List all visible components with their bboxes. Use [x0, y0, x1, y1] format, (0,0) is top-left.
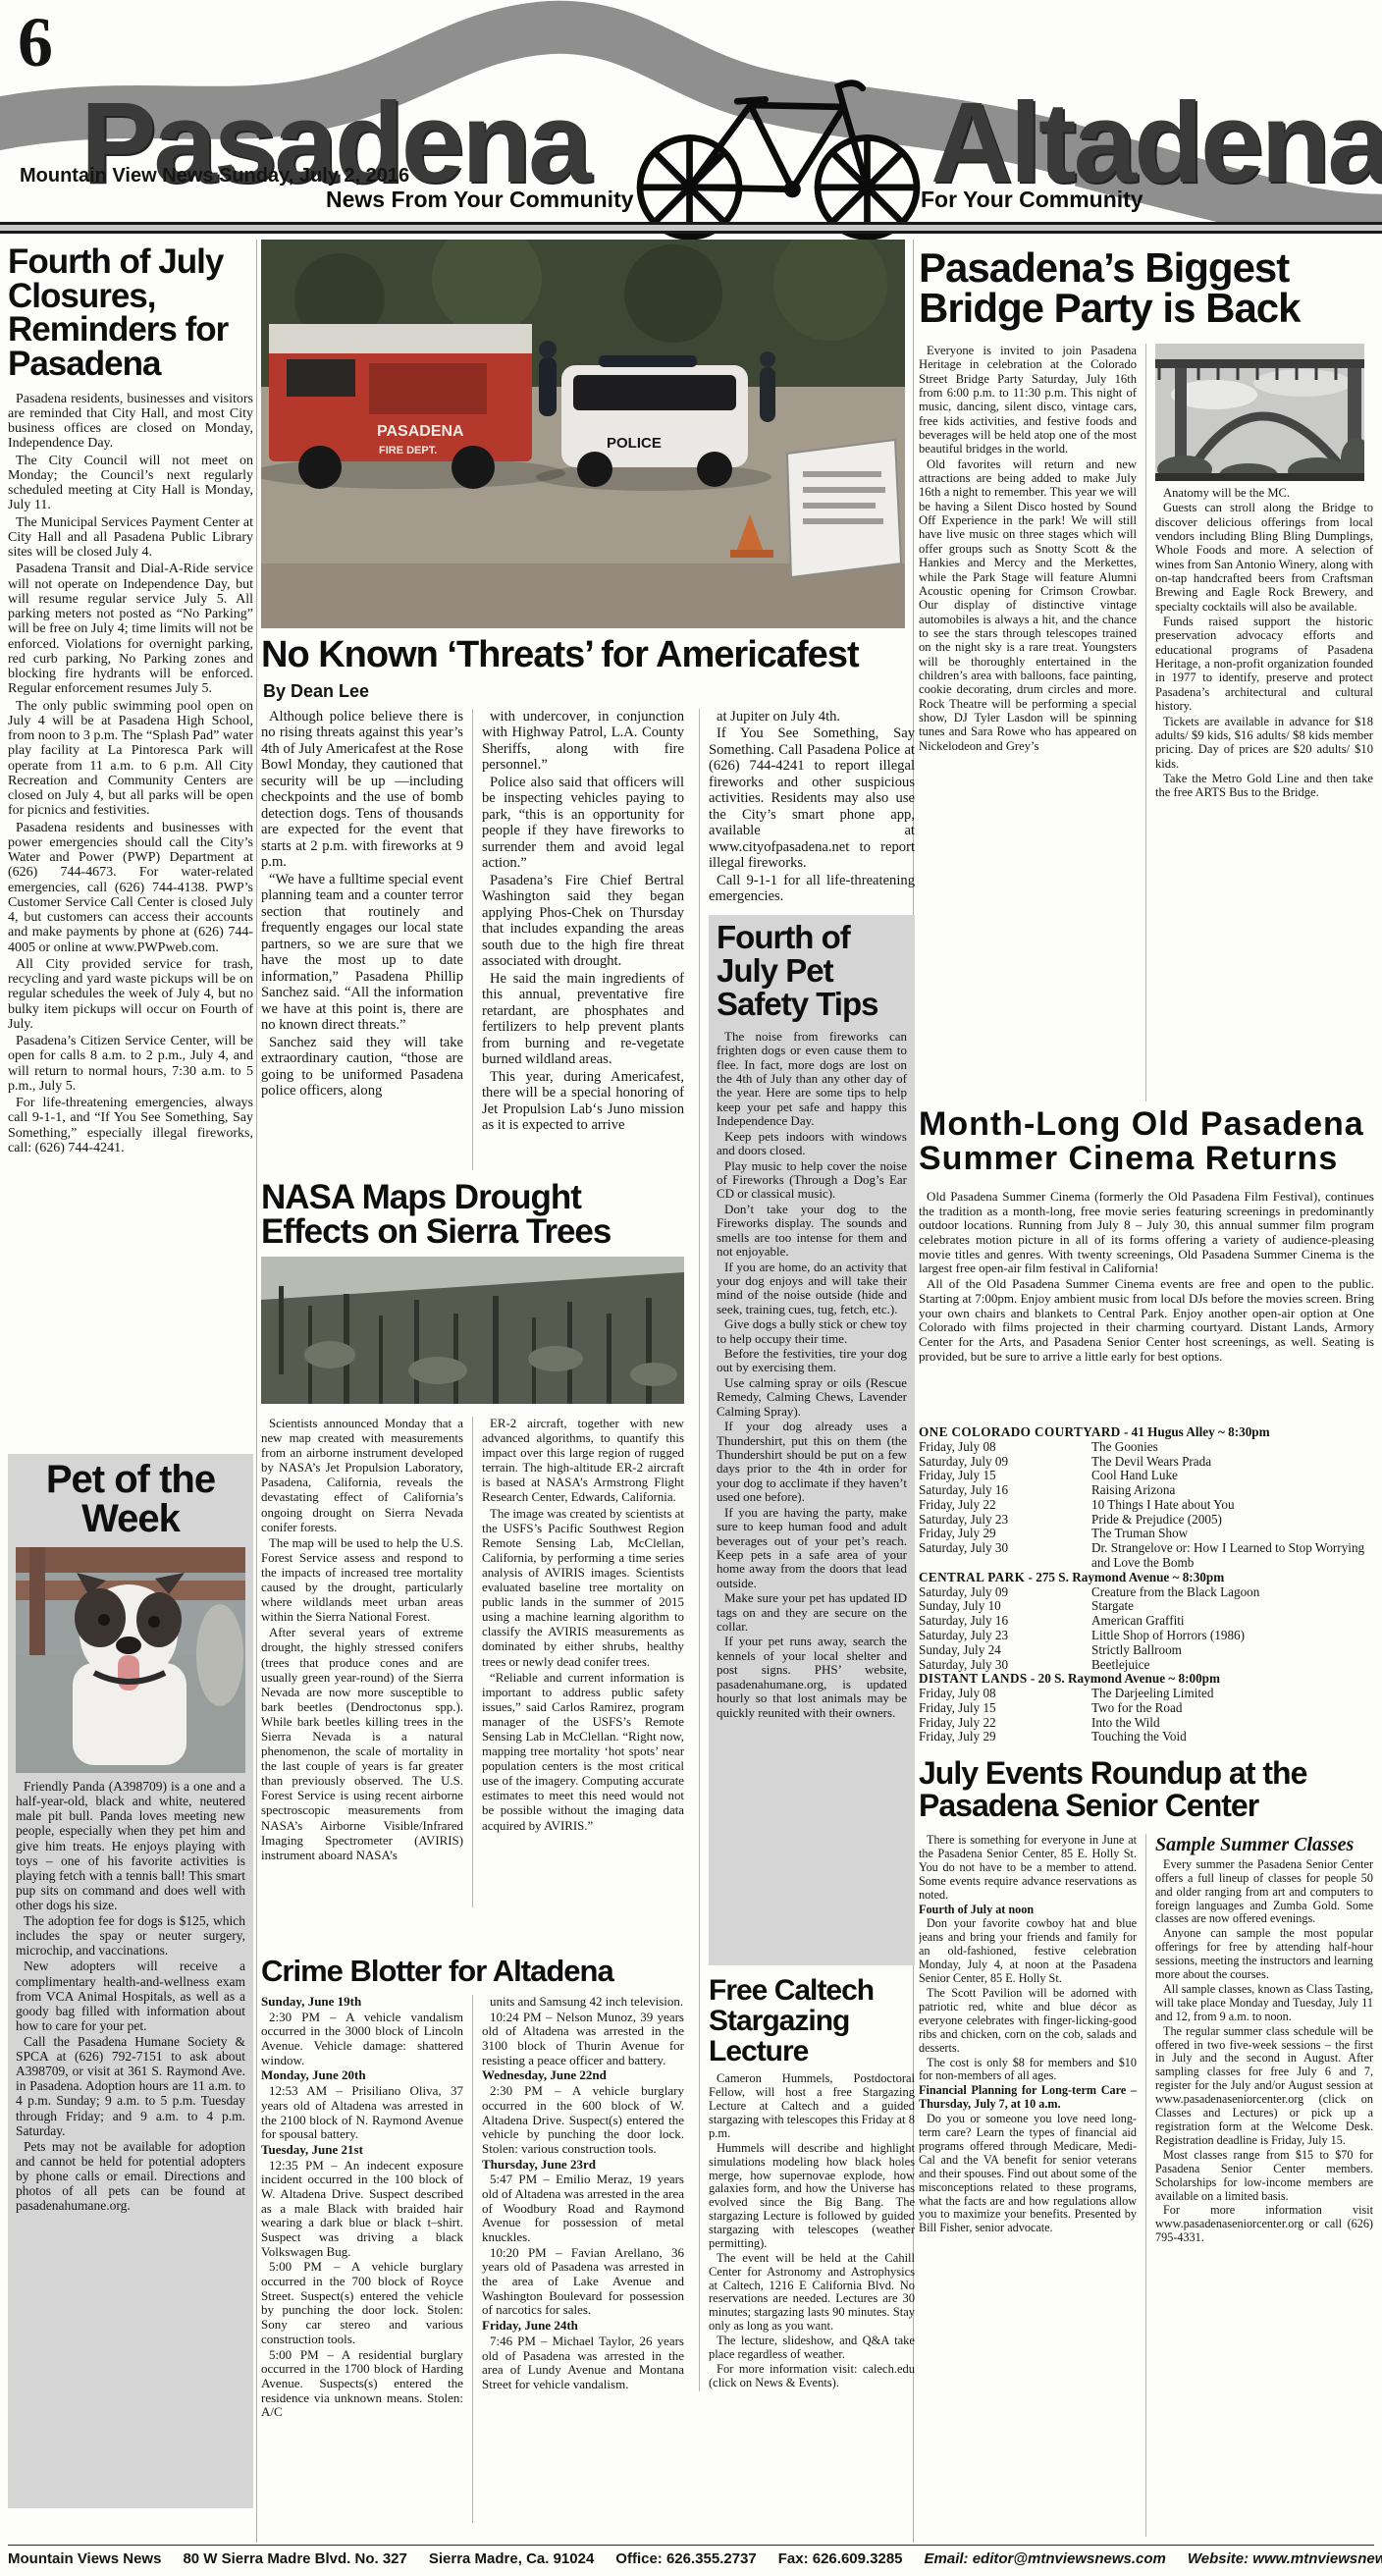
paragraph: “Reliable and current information is imp…	[482, 1671, 684, 1834]
paragraph: The lecture, slideshow, and Q&A take pla…	[709, 2334, 915, 2362]
svg-text:PASADENA: PASADENA	[377, 423, 464, 440]
crime-entry: units and Samsung 42 inch television.	[482, 1995, 684, 2010]
schedule-row: Friday, July 08 The Darjeeling Limited	[919, 1687, 1374, 1701]
schedule-film: - 41 Hugus Alley ~ 8:30pm	[1124, 1425, 1270, 1439]
paragraph: If you are home, do an activity that you…	[717, 1261, 907, 1317]
bicycle-icon	[616, 47, 940, 243]
senior-col1: There is something for everyone in June …	[919, 1834, 1145, 2537]
schedule-row: Friday, July 22 Into the Wild	[919, 1716, 1374, 1731]
senior-col2: Sample Summer ClassesEvery summer the Pa…	[1145, 1834, 1373, 2537]
crime-blotter-article: Sunday, June 19th2:30 PM – A vehicle van…	[261, 1995, 685, 2523]
schedule-date: Saturday, July 23	[919, 1513, 1091, 1528]
paragraph: Sample Summer Classes	[1155, 1834, 1373, 1856]
cinema-intro: Old Pasadena Summer Cinema (formerly the…	[919, 1190, 1374, 1422]
paragraph: For more information visit: calech.edu (…	[709, 2363, 915, 2390]
paragraph: If You See Something, Say Something. Cal…	[709, 725, 915, 871]
paragraph: Old favorites will return and new attrac…	[919, 457, 1137, 753]
paragraph: Play music to help cover the noise of Fi…	[717, 1159, 907, 1202]
schedule-row: Sunday, July 24 Strictly Ballroom	[919, 1643, 1374, 1658]
crime-entry: 7:46 PM – Michael Taylor, 26 years old o…	[482, 2334, 684, 2392]
crime-entry: Tuesday, June 21st	[261, 2143, 463, 2158]
americafest-article: Although police believe there is no risi…	[261, 709, 685, 1170]
schedule-date: Saturday, July 23	[919, 1629, 1091, 1643]
schedule-film: The Darjeeling Limited	[1091, 1687, 1374, 1701]
schedule-film: Strictly Ballroom	[1091, 1643, 1374, 1658]
nasa-col2: ER-2 aircraft, together with new advance…	[472, 1417, 684, 1907]
crime-entry: 12:35 PM – An indecent exposure incident…	[261, 2159, 463, 2260]
center-right-subcolumn: at Jupiter on July 4th.If You See Someth…	[699, 709, 915, 2391]
crime-entry: 5:00 PM – A residential burglary occurre…	[261, 2348, 463, 2420]
paragraph: Hummels will describe and highlight simu…	[709, 2142, 915, 2251]
schedule-film: Stargate	[1091, 1599, 1374, 1614]
schedule-date: Friday, July 08	[919, 1687, 1091, 1701]
svg-text:POLICE: POLICE	[607, 435, 662, 452]
tagline-right: For Your Community	[921, 187, 1143, 213]
paragraph: Before the festivities, tire your dog ou…	[717, 1347, 907, 1375]
paragraph: Although police believe there is no risi…	[261, 709, 463, 871]
americafest-col2: with undercover, in conjunction with Hig…	[472, 709, 684, 1170]
crime-col2: units and Samsung 42 inch television.10:…	[472, 1995, 684, 2523]
center-section: PASADENA FIRE DEPT. POLICE No Known ‘Thr…	[261, 240, 905, 2543]
americafest-col3: at Jupiter on July 4th.If You See Someth…	[709, 709, 915, 905]
schedule-film: Cool Hand Luke	[1091, 1469, 1374, 1483]
footer-website: Website: www.mtnviewsnews.com	[1188, 2550, 1382, 2567]
schedule-row: Friday, July 29 Touching the Void	[919, 1730, 1374, 1744]
paragraph: There is something for everyone in June …	[919, 1834, 1137, 1903]
crime-entry: 10:20 PM – Favian Arellano, 36 years old…	[482, 2246, 684, 2318]
paragraph: Pasadena’s Fire Chief Bertral Washington…	[482, 873, 684, 970]
police-fire-scene-photo: PASADENA FIRE DEPT. POLICE	[261, 240, 905, 628]
schedule-row: Saturday, July 09 The Devil Wears Prada	[919, 1455, 1374, 1470]
crime-col1: Sunday, June 19th2:30 PM – A vehicle van…	[261, 1995, 472, 2523]
schedule-date: Friday, July 22	[919, 1716, 1091, 1731]
schedule-row: Saturday, July 23 Pride & Prejudice (200…	[919, 1513, 1374, 1528]
page-footer: Mountain Views News 80 W Sierra Madre Bl…	[8, 2545, 1374, 2567]
paragraph: Pasadena’s Citizen Service Center, will …	[8, 1034, 253, 1094]
crime-blotter-headline: Crime Blotter for Altadena	[261, 1956, 685, 1986]
schedule-date: Saturday, July 09	[919, 1455, 1091, 1470]
paragraph: Use calming spray or oils (Rescue Remedy…	[717, 1376, 907, 1419]
paragraph: Guests can stroll along the Bridge to di…	[1155, 501, 1373, 614]
masthead: 6 Mountain View News Sunday, July 2, 201…	[0, 0, 1382, 236]
nasa-col1: Scientists announced Monday that a new m…	[261, 1417, 472, 1907]
footer-brand: Mountain Views News	[8, 2550, 161, 2567]
schedule-row: Friday, July 15 Two for the Road	[919, 1701, 1374, 1716]
schedule-date: CENTRAL PARK	[919, 1570, 1025, 1584]
paragraph: The map will be used to help the U.S. Fo…	[261, 1536, 463, 1626]
paragraph: Call 9-1-1 for all life-threatening emer…	[709, 873, 915, 905]
paragraph: If your dog already uses a Thundershirt,…	[717, 1420, 907, 1505]
crime-entry: 2:30 PM – A vehicle vandalism occurred i…	[261, 2011, 463, 2068]
paragraph: After several years of extreme drought, …	[261, 1626, 463, 1863]
schedule-film: Beetlejuice	[1091, 1658, 1374, 1673]
schedule-date: Friday, July 15	[919, 1701, 1091, 1716]
schedule-row: Saturday, July 16 American Graffiti	[919, 1614, 1374, 1629]
newspaper-page: 6 Mountain View News Sunday, July 2, 201…	[0, 0, 1382, 2576]
schedule-film: Touching the Void	[1091, 1730, 1374, 1744]
schedule-row: Saturday, July 09 Creature from the Blac…	[919, 1585, 1374, 1600]
footer-city: Sierra Madre, Ca. 91024	[429, 2550, 594, 2567]
senior-center-article: There is something for everyone in June …	[919, 1834, 1374, 2537]
americafest-headline: No Known ‘Threats’ for Americafest	[261, 636, 905, 673]
pet-of-week-dog-photo	[16, 1547, 245, 1773]
paragraph: The cost is only $8 for members and $10 …	[919, 2057, 1137, 2084]
schedule-film: Little Shop of Horrors (1986)	[1091, 1629, 1374, 1643]
paragraph: If your pet runs away, search the kennel…	[717, 1635, 907, 1720]
paragraph: Fourth of July at noon	[919, 1904, 1137, 1917]
schedule-date: Saturday, July 30	[919, 1658, 1091, 1673]
schedule-row: DISTANT LANDS - 20 S. Raymond Avenue ~ 8…	[919, 1672, 1374, 1687]
paragraph: For more information visit www.pasadenas…	[1155, 2204, 1373, 2245]
paragraph: Call the Pasadena Humane Society & SPCA …	[16, 2034, 245, 2138]
paragraph: Friendly Panda (A398709) is a one and a …	[16, 1779, 245, 1912]
footer-office: Office: 626.355.2737	[615, 2550, 756, 2567]
paragraph: Most classes range from $15 to $70 for P…	[1155, 2149, 1373, 2204]
schedule-film: Dr. Strangelove or: How I Learned to Sto…	[1091, 1541, 1374, 1571]
paragraph: The noise from fireworks can frighten do…	[717, 1030, 907, 1129]
svg-text:FIRE DEPT.: FIRE DEPT.	[379, 445, 437, 456]
paragraph: ER-2 aircraft, together with new advance…	[482, 1417, 684, 1506]
schedule-date: Sunday, July 10	[919, 1599, 1091, 1614]
paragraph: New adopters will receive a complimentar…	[16, 1959, 245, 2033]
americafest-col1: Although police believe there is no risi…	[261, 709, 472, 1170]
schedule-film: The Devil Wears Prada	[1091, 1455, 1374, 1470]
schedule-film: Two for the Road	[1091, 1701, 1374, 1716]
paragraph: Scientists announced Monday that a new m…	[261, 1417, 463, 1535]
paragraph: The only public swimming pool open on Ju…	[8, 699, 253, 819]
left-column: Fourth of July Closures, Reminders for P…	[8, 245, 253, 2508]
schedule-row: Sunday, July 10 Stargate	[919, 1599, 1374, 1614]
crime-entry: Sunday, June 19th	[261, 1995, 463, 2010]
paragraph: Everyone is invited to join Pasadena Her…	[919, 344, 1137, 456]
paragraph: Pets may not be available for adoption a…	[16, 2139, 245, 2214]
nasa-headline: NASA Maps Drought Effects on Sierra Tree…	[261, 1180, 685, 1249]
paragraph: Don’t take your dog to the Fireworks dis…	[717, 1203, 907, 1260]
schedule-row: Saturday, July 30 Dr. Strangelove or: Ho…	[919, 1541, 1374, 1571]
paragraph: For life-threatening emergencies, always…	[8, 1096, 253, 1155]
paragraph: Do you or someone you love need long-ter…	[919, 2113, 1137, 2235]
paragraph: Pasadena Transit and Dial-A-Ride service…	[8, 562, 253, 696]
footer-address: 80 W Sierra Madre Blvd. No. 327	[183, 2550, 406, 2567]
crime-entry: 5:00 PM – A vehicle burglary occurred in…	[261, 2260, 463, 2346]
pet-week-article: Friendly Panda (A398709) is a one and a …	[16, 1779, 245, 2213]
crime-entry: Friday, June 24th	[482, 2319, 684, 2334]
paragraph: The regular summer class schedule will b…	[1155, 2025, 1373, 2148]
colorado-street-bridge-photo	[1155, 344, 1364, 481]
closures-headline: Fourth of July Closures, Reminders for P…	[8, 245, 253, 382]
paragraph: The Scott Pavilion will be adorned with …	[919, 1987, 1137, 2056]
crime-entry: Wednesday, June 22nd	[482, 2068, 684, 2083]
schedule-row: Friday, July 15 Cool Hand Luke	[919, 1469, 1374, 1483]
paragraph: Old Pasadena Summer Cinema (formerly the…	[919, 1190, 1374, 1276]
schedule-date: ONE COLORADO COURTYARD	[919, 1425, 1121, 1439]
paragraph: with undercover, in conjunction with Hig…	[482, 709, 684, 774]
bridge-party-headline: Pasadena’s Biggest Bridge Party is Back	[919, 247, 1374, 328]
cinema-schedule: ONE COLORADO COURTYARD - 41 Hugus Alley …	[919, 1425, 1374, 1753]
schedule-row: Friday, July 08 The Goonies	[919, 1440, 1374, 1455]
paragraph: This year, during Americafest, there wil…	[482, 1069, 684, 1134]
paragraph: All of the Old Pasadena Summer Cinema ev…	[919, 1277, 1374, 1364]
paragraph: The adoption fee for dogs is $125, which…	[16, 1913, 245, 1958]
paragraph: Keep pets indoors with windows and doors…	[717, 1130, 907, 1158]
paragraph: All sample classes, known as Class Tasti…	[1155, 1983, 1373, 2024]
schedule-film: - 275 S. Raymond Avenue ~ 8:30pm	[1029, 1570, 1225, 1584]
paragraph: He said the main ingredients of this ann…	[482, 971, 684, 1068]
pet-week-headline: Pet of the Week	[16, 1460, 245, 1540]
paragraph: “We have a fulltime special event planni…	[261, 872, 463, 1034]
schedule-film: Raising Arizona	[1091, 1483, 1374, 1498]
schedule-row: CENTRAL PARK - 275 S. Raymond Avenue ~ 8…	[919, 1571, 1374, 1585]
paragraph: Funds raised support the historic preser…	[1155, 615, 1373, 713]
schedule-date: Friday, July 29	[919, 1730, 1091, 1744]
column-rule	[256, 240, 257, 2543]
pet-safety-article: The noise from fireworks can frighten do…	[717, 1030, 907, 1720]
masthead-rule	[0, 222, 1382, 234]
schedule-date: Saturday, July 09	[919, 1585, 1091, 1600]
paragraph: Anatomy will be the MC.	[1155, 486, 1373, 500]
paragraph: The City Council will not meet on Monday…	[8, 454, 253, 513]
paragraph: Every summer the Pasadena Senior Center …	[1155, 1858, 1373, 1927]
paragraph: Pasadena residents and businesses with p…	[8, 821, 253, 955]
paragraph: All City provided service for trash, rec…	[8, 957, 253, 1032]
schedule-date: Saturday, July 30	[919, 1541, 1091, 1571]
caltech-article: Cameron Hummels, Postdoctoral Fellow, wi…	[709, 2072, 915, 2389]
bridge-col1: Everyone is invited to join Pasadena Her…	[919, 344, 1145, 1101]
closures-article: Pasadena residents, businesses and visit…	[8, 392, 253, 1444]
senior-center-headline: July Events Roundup at the Pasadena Seni…	[919, 1757, 1374, 1821]
footer-email: Email: editor@mtnviewsnews.com	[925, 2550, 1166, 2567]
schedule-film: Creature from the Black Lagoon	[1091, 1585, 1374, 1600]
schedule-date: Saturday, July 16	[919, 1614, 1091, 1629]
schedule-date: Friday, July 08	[919, 1440, 1091, 1455]
paragraph: The Municipal Services Payment Center at…	[8, 515, 253, 561]
paragraph: Tickets are available in advance for $18…	[1155, 715, 1373, 771]
americafest-byline: By Dean Lee	[263, 681, 369, 702]
footer-fax: Fax: 626.609.3285	[778, 2550, 903, 2567]
schedule-date: Friday, July 22	[919, 1498, 1091, 1513]
crime-entry: 12:53 AM – Prisiliano Oliva, 37 years ol…	[261, 2084, 463, 2142]
paragraph: The image was created by scientists at t…	[482, 1507, 684, 1670]
paragraph: Make sure your pet has updated ID tags o…	[717, 1591, 907, 1634]
pet-safety-headline: Fourth of July Pet Safety Tips	[717, 921, 907, 1022]
schedule-film: Pride & Prejudice (2005)	[1091, 1513, 1374, 1528]
paragraph: Don your favorite cowboy hat and blue je…	[919, 1917, 1137, 1986]
crime-entry: 2:30 PM – A vehicle burglary occurred in…	[482, 2084, 684, 2156]
center-left-subcolumn: Although police believe there is no risi…	[261, 709, 685, 1907]
schedule-film: American Graffiti	[1091, 1614, 1374, 1629]
paragraph: Police also said that officers will be i…	[482, 775, 684, 872]
paragraph: Pasadena residents, businesses and visit…	[8, 392, 253, 452]
crime-entry: Thursday, June 23rd	[482, 2158, 684, 2173]
paragraph: Take the Metro Gold Line and then take t…	[1155, 772, 1373, 800]
sierra-forest-photo	[261, 1257, 684, 1404]
schedule-row: Friday, July 22 10 Things I Hate about Y…	[919, 1498, 1374, 1513]
schedule-film: 10 Things I Hate about You	[1091, 1498, 1374, 1513]
edition-dateline: Mountain View News Sunday, July 2, 2016	[20, 165, 409, 188]
schedule-row: Saturday, July 30 Beetlejuice	[919, 1658, 1374, 1673]
paragraph: If you are having the party, make sure t…	[717, 1506, 907, 1591]
schedule-row: Saturday, July 16 Raising Arizona	[919, 1483, 1374, 1498]
schedule-row: Friday, July 29 The Truman Show	[919, 1527, 1374, 1541]
schedule-date: Friday, July 15	[919, 1469, 1091, 1483]
paragraph: Sanchez said they will take extraordinar…	[261, 1035, 463, 1100]
schedule-date: Friday, July 29	[919, 1527, 1091, 1541]
crime-entry: 10:24 PM – Nelson Munoz, 39 years old of…	[482, 2011, 684, 2068]
crime-entry: 5:47 PM – Emilio Meraz, 19 years old of …	[482, 2173, 684, 2244]
schedule-film: Into the Wild	[1091, 1716, 1374, 1731]
paragraph: at Jupiter on July 4th.	[709, 709, 915, 724]
paragraph: Give dogs a bully stick or chew toy to h…	[717, 1317, 907, 1346]
caltech-section: Free Caltech Stargazing Lecture Cameron …	[709, 1975, 915, 2390]
bridge-party-article: Everyone is invited to join Pasadena Her…	[919, 344, 1374, 1101]
schedule-date: Sunday, July 24	[919, 1643, 1091, 1658]
pet-safety-box: Fourth of July Pet Safety Tips The noise…	[709, 915, 915, 1965]
schedule-date: Saturday, July 16	[919, 1483, 1091, 1498]
crime-entry: Monday, June 20th	[261, 2068, 463, 2083]
schedule-row: Saturday, July 23 Little Shop of Horrors…	[919, 1629, 1374, 1643]
tagline-left: News From Your Community	[326, 187, 634, 213]
paragraph: Anyone can sample the most popular offer…	[1155, 1927, 1373, 1982]
schedule-date: DISTANT LANDS	[919, 1671, 1028, 1686]
pet-of-week-box: Pet of the Week Frie	[8, 1454, 253, 2508]
cinema-headline: Month-Long Old Pasadena Summer Cinema Re…	[919, 1107, 1374, 1177]
schedule-film: The Goonies	[1091, 1440, 1374, 1455]
nasa-article: Scientists announced Monday that a new m…	[261, 1417, 685, 1907]
schedule-film: The Truman Show	[1091, 1527, 1374, 1541]
bridge-col2-text: Anatomy will be the MC.Guests can stroll…	[1155, 486, 1373, 800]
paragraph: Financial Planning for Long-term Care – …	[919, 2084, 1137, 2112]
schedule-film: - 20 S. Raymond Avenue ~ 8:00pm	[1031, 1671, 1220, 1686]
bridge-col2: Anatomy will be the MC.Guests can stroll…	[1145, 344, 1373, 1101]
schedule-row: ONE COLORADO COURTYARD - 41 Hugus Alley …	[919, 1425, 1374, 1440]
caltech-headline: Free Caltech Stargazing Lecture	[709, 1975, 915, 2067]
paragraph: Cameron Hummels, Postdoctoral Fellow, wi…	[709, 2072, 915, 2140]
page-number: 6	[18, 2, 53, 83]
paragraph: The event will be held at the Cahill Cen…	[709, 2252, 915, 2334]
